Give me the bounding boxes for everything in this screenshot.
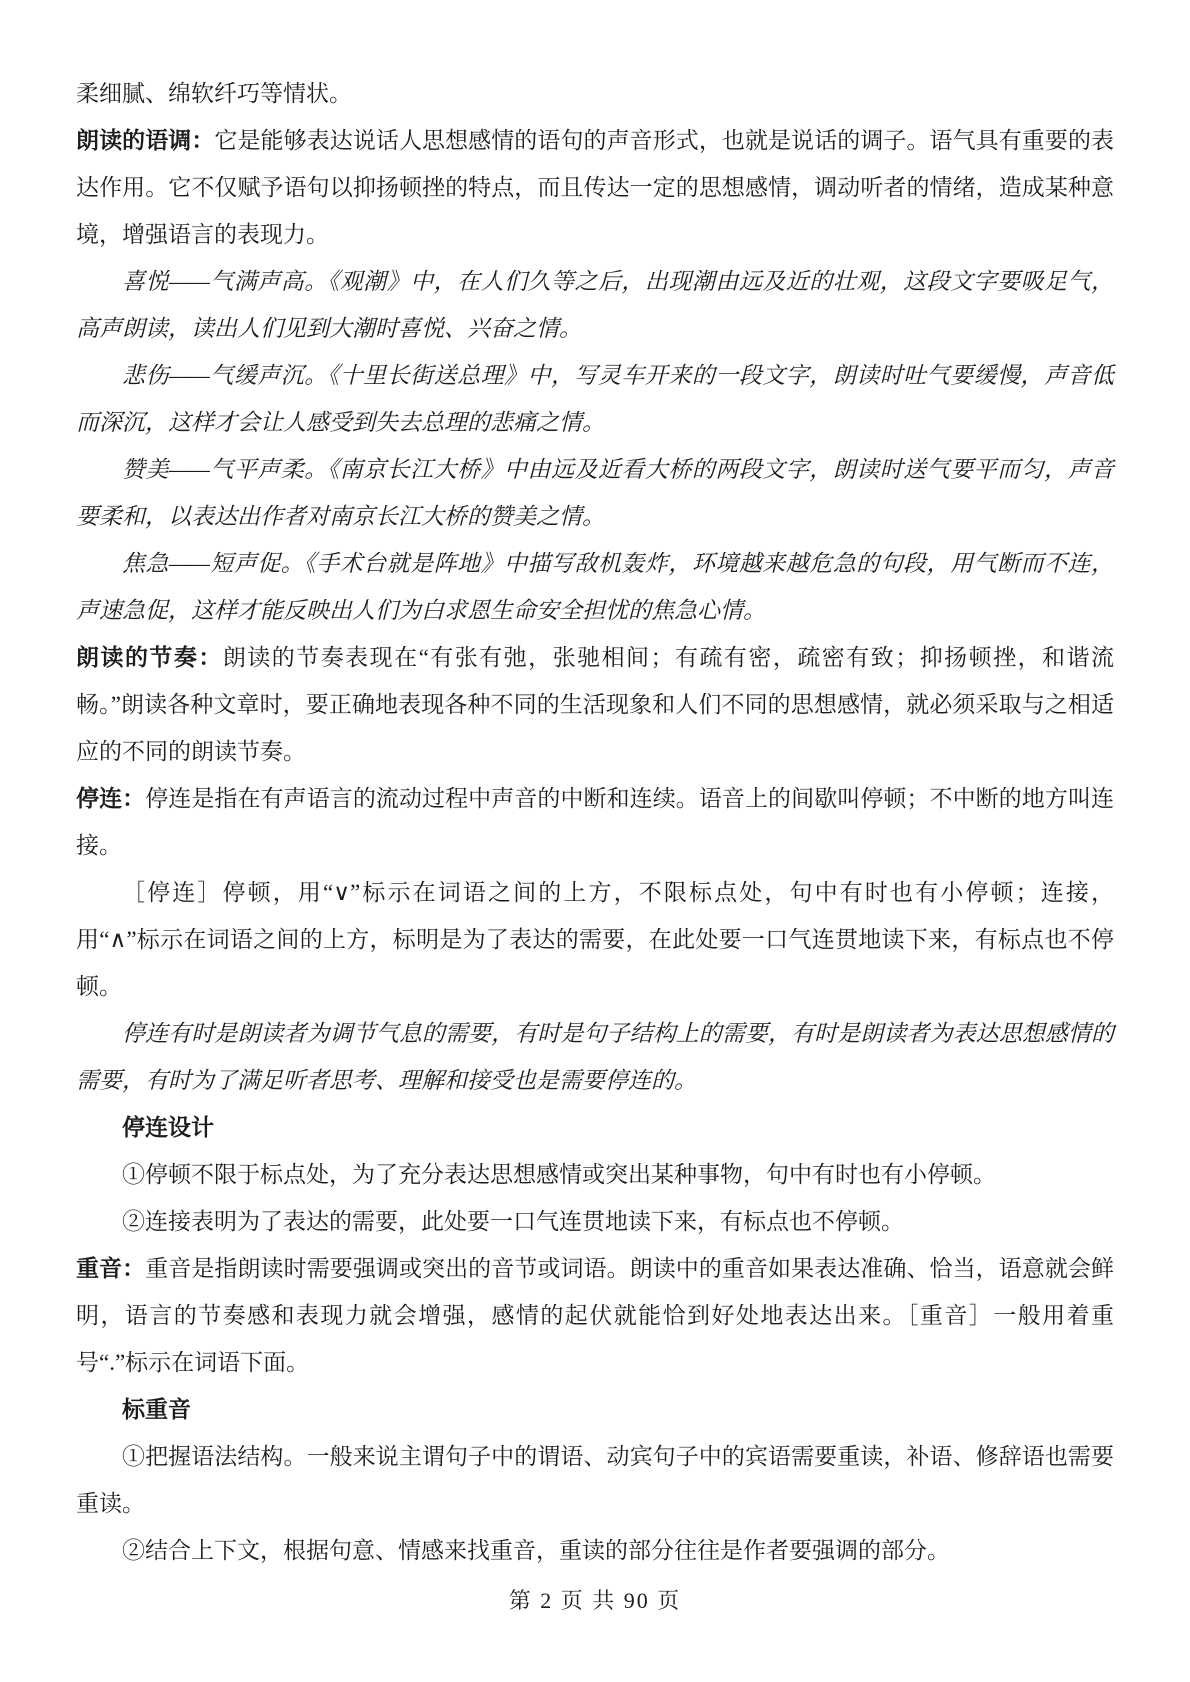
paragraph-example-joy: 喜悦——气满声高。《观潮》中，在人们久等之后，出现潮由远及近的壮观，这段文字要吸… [76,258,1114,352]
paragraph-pause-design-item1: ①停顿不限于标点处，为了充分表达思想感情或突出某种事物，句中有时也有小停顿。 [76,1151,1114,1198]
paragraph-pause-reasons: 停连有时是朗读者为调节气息的需要，有时是句子结构上的需要，有时是朗读者为表达思想… [76,1010,1114,1104]
term-label-stress: 重音： [76,1255,145,1281]
term-label-intonation: 朗读的语调： [76,127,214,153]
paragraph-example-sadness: 悲伤——气缓声沉。《十里长街送总理》中，写灵车开来的一段文字，朗读时吐气要缓慢，… [76,352,1114,446]
paragraph-pause-connection: 停连：停连是指在有声语言的流动过程中声音的中断和连续。语音上的间歇叫停顿；不中断… [76,775,1114,869]
paragraph-mark-stress-item2: ②结合上下文，根据句意、情感来找重音，重读的部分往往是作者要强调的部分。 [76,1527,1114,1574]
paragraph-text: 朗读的节奏表现在“有张有弛，张驰相间；有疏有密，疏密有致；抑扬顿挫，和谐流畅。”… [76,645,1114,764]
paragraph-text: 它是能够表达说话人思想感情的语句的声音形式，也就是说话的调子。语气具有重要的表达… [76,128,1114,247]
paragraph-continuation: 柔细腻、绵软纤巧等情状。 [76,70,1114,117]
term-label-rhythm: 朗读的节奏： [76,644,223,670]
page-number-footer: 第 2 页 共 90 页 [0,1585,1190,1617]
paragraph-mark-stress-item1: ①把握语法结构。一般来说主谓句子中的谓语、动宾句子中的宾语需要重读，补语、修辞语… [76,1433,1114,1527]
paragraph-text: 停连是指在有声语言的流动过程中声音的中断和连续。语音上的间歇叫停顿；不中断的地方… [76,786,1114,858]
document-page: 柔细腻、绵软纤巧等情状。 朗读的语调：它是能够表达说话人思想感情的语句的声音形式… [0,0,1190,1682]
paragraph-example-praise: 赞美——气平声柔。《南京长江大桥》中由远及近看大桥的两段文字，朗读时送气要平而匀… [76,446,1114,540]
paragraph-pause-design-item2: ②连接表明为了表达的需要，此处要一口气连贯地读下来，有标点也不停顿。 [76,1198,1114,1245]
subheading-pause-design: 停连设计 [76,1104,1114,1151]
subheading-mark-stress: 标重音 [76,1386,1114,1433]
paragraph-example-anxiety: 焦急——短声促。《手术台就是阵地》中描写敌机轰炸，环境越来越危急的句段，用气断而… [76,540,1114,634]
paragraph-rhythm: 朗读的节奏：朗读的节奏表现在“有张有弛，张驰相间；有疏有密，疏密有致；抑扬顿挫，… [76,634,1114,775]
term-label-pause-connection: 停连： [76,785,145,811]
paragraph-text: 重音是指朗读时需要强调或突出的音节或词语。朗读中的重音如果表达准确、恰当，语意就… [76,1256,1114,1375]
paragraph-intonation: 朗读的语调：它是能够表达说话人思想感情的语句的声音形式，也就是说话的调子。语气具… [76,117,1114,258]
paragraph-stress: 重音：重音是指朗读时需要强调或突出的音节或词语。朗读中的重音如果表达准确、恰当，… [76,1245,1114,1386]
paragraph-pause-marks: ［停连］停顿，用“∨”标示在词语之间的上方，不限标点处，句中有时也有小停顿；连接… [76,869,1114,1010]
